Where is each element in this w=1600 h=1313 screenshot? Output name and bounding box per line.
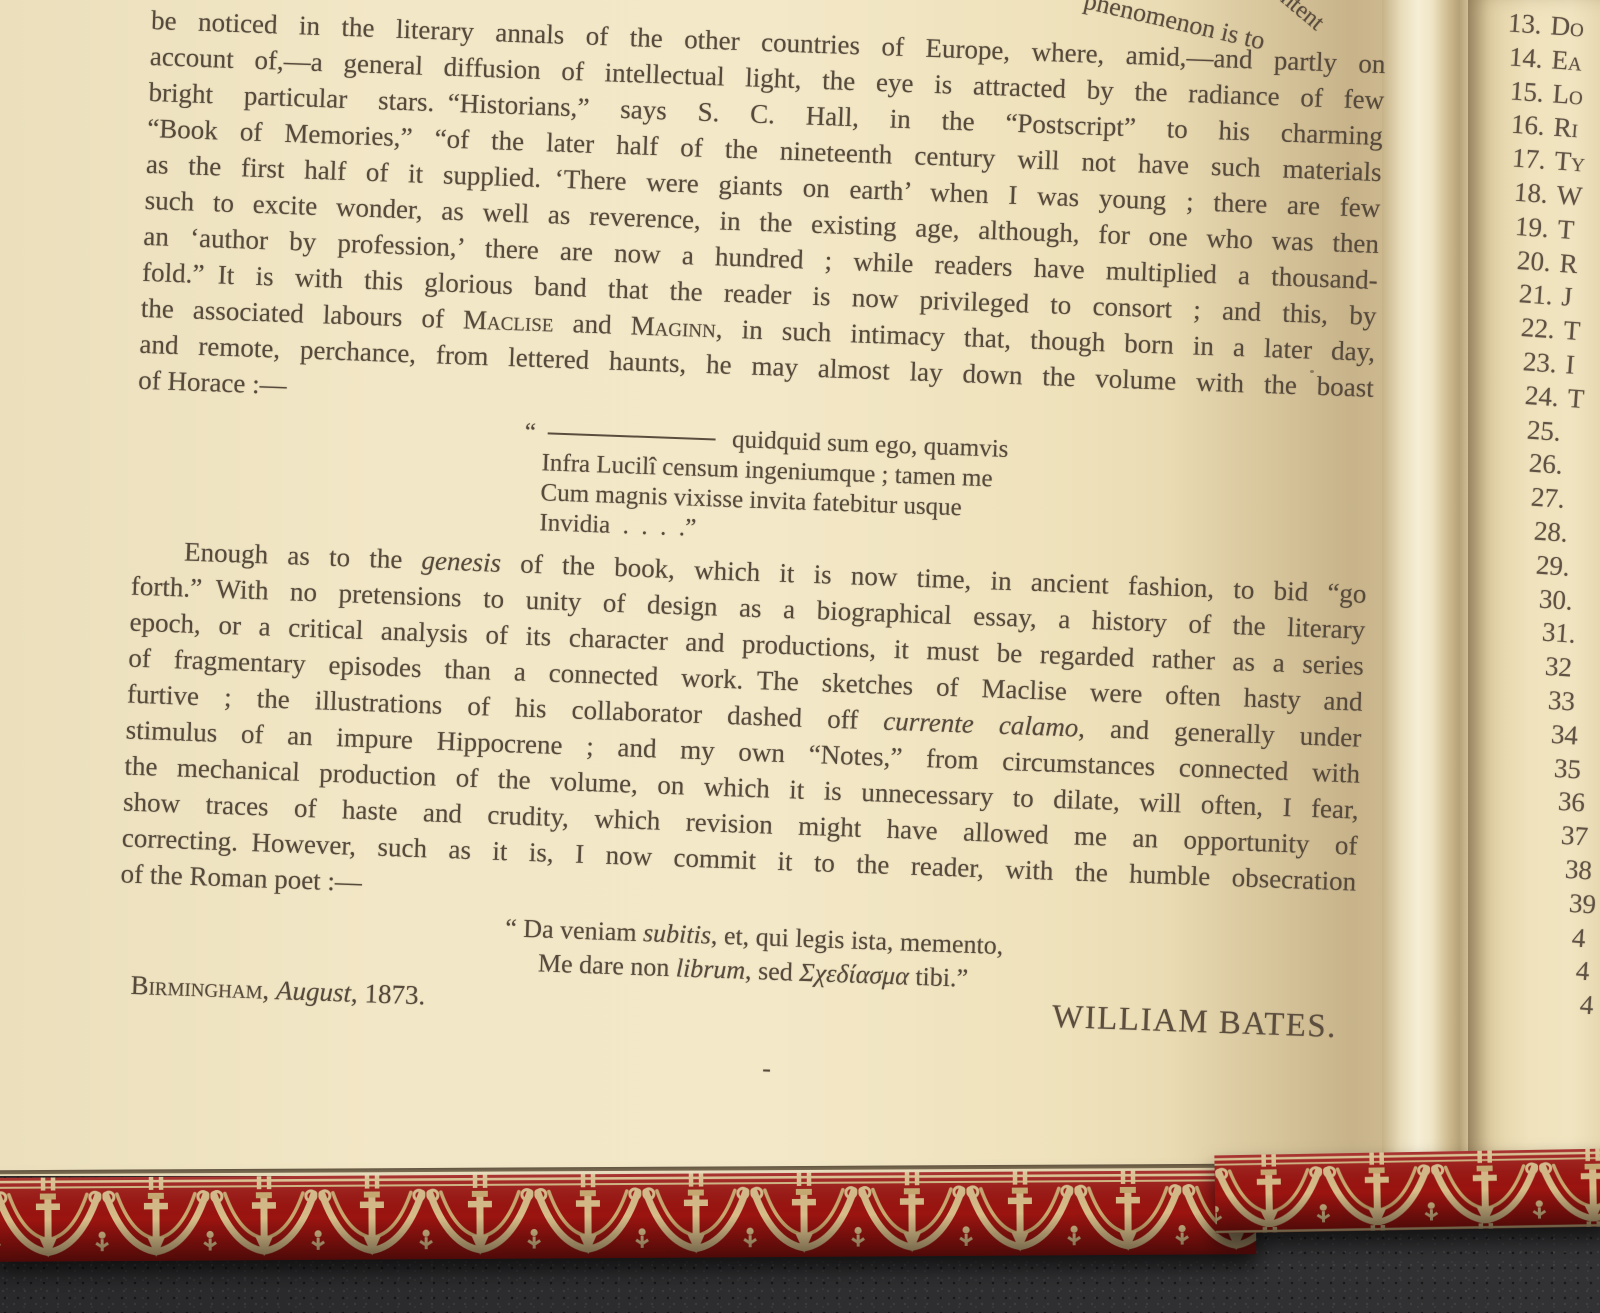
toc-title-fragment <box>1589 755 1591 785</box>
toc-number: 32 <box>1544 651 1573 683</box>
toc-number: 22. <box>1520 312 1556 344</box>
toc-entry: 13.Do <box>1507 7 1585 43</box>
toc-number: 30. <box>1538 583 1574 615</box>
toc-title-fragment <box>1573 485 1575 515</box>
toc-entry: 24.T <box>1524 380 1585 415</box>
toc-title-fragment: Ea <box>1551 44 1583 76</box>
toc-title-fragment: W <box>1556 180 1584 212</box>
toc-title-fragment <box>1596 822 1598 852</box>
toc-entry: 21.J <box>1518 279 1573 314</box>
toc-entry: 4 <box>1579 989 1600 1021</box>
toc-number: 24. <box>1524 380 1560 412</box>
toc-list: 13.Do14.Ea15.Lo16.Ri17.Ty18.W19.T20.R21.… <box>1508 4 1600 1104</box>
toc-entry: 17.Ty <box>1511 143 1586 179</box>
toc-title-fragment: Ri <box>1553 112 1579 144</box>
toc-title-fragment: Lo <box>1552 78 1584 110</box>
toc-entry: 14.Ea <box>1508 41 1583 77</box>
toc-title-fragment <box>1586 721 1588 751</box>
toc-number: 39 <box>1568 888 1597 920</box>
toc-entry: 4 <box>1575 956 1600 988</box>
toc-entry: 27. <box>1530 482 1575 516</box>
toc-entry: 29. <box>1535 549 1580 583</box>
toc-number: 31. <box>1541 617 1577 649</box>
toc-number: 16. <box>1510 109 1546 141</box>
toc-number: 18. <box>1513 177 1549 209</box>
toc-number: 4 <box>1575 956 1591 987</box>
toc-title-fragment: T <box>1557 214 1576 245</box>
toc-number: 14. <box>1508 41 1544 73</box>
toc-title-fragment <box>1580 653 1582 683</box>
toc-entry: 34 <box>1550 719 1588 752</box>
toc-entry: 26. <box>1528 448 1573 482</box>
toc-number: 28. <box>1533 516 1569 548</box>
toc-entry: 18.W <box>1513 177 1583 213</box>
toc-entry: 20.R <box>1516 245 1579 280</box>
toc-number: 15. <box>1509 75 1545 107</box>
toc-title-fragment <box>1593 789 1595 819</box>
page-fore-edge <box>1382 0 1468 1176</box>
toc-entry: 19.T <box>1514 211 1575 246</box>
toc-number: 17. <box>1512 143 1548 175</box>
preface-paragraph-2: Enough as to the genesis of the book, wh… <box>120 532 1367 936</box>
toc-entry: 28. <box>1533 516 1578 550</box>
toc-number: 4 <box>1571 922 1587 953</box>
page-ornament-dash: - <box>114 1030 1349 1104</box>
toc-number: 35 <box>1553 752 1582 784</box>
toc-title-fragment: T <box>1562 315 1581 346</box>
toc-title-fragment: T <box>1566 383 1585 414</box>
toc-title-fragment <box>1568 417 1570 447</box>
binding-cover-edge <box>1214 1149 1600 1234</box>
toc-number: 36 <box>1557 786 1586 818</box>
place-date: Birmingham, August, 1873. <box>116 969 426 1011</box>
toc-entry: 15.Lo <box>1509 75 1584 111</box>
toc-number: 23. <box>1522 346 1558 378</box>
latin-verse-horace: “ quidquid sum ego, quamvisInfra Lucilî … <box>521 418 1372 568</box>
toc-title-fragment: J <box>1560 282 1573 313</box>
toc-number: 26. <box>1528 448 1564 480</box>
toc-number: 29. <box>1536 549 1572 581</box>
toc-entry: 4 <box>1571 922 1596 954</box>
toc-entry: 36 <box>1557 786 1595 819</box>
binding-gold-tooling <box>0 1170 1256 1262</box>
toc-number: 33 <box>1547 685 1576 717</box>
toc-title-fragment <box>1576 519 1578 549</box>
toc-entry: 31. <box>1541 617 1586 651</box>
toc-number: 4 <box>1579 989 1595 1020</box>
toc-entry: 37 <box>1560 820 1598 853</box>
toc-title-fragment: Do <box>1550 10 1585 42</box>
toc-number: 13. <box>1507 7 1543 39</box>
toc-title-fragment <box>1584 620 1586 650</box>
toc-entry: 25. <box>1526 414 1571 448</box>
toc-title-fragment: R <box>1559 247 1579 278</box>
book-photo: content phenomenon is to be noticed in t… <box>0 0 1600 1313</box>
toc-number: 21. <box>1518 279 1554 311</box>
toc-number: 37 <box>1560 820 1589 852</box>
toc-number: 20. <box>1516 245 1552 277</box>
toc-entry: 32 <box>1544 651 1582 684</box>
toc-title-fragment: Ty <box>1554 146 1586 178</box>
toc-title-fragment <box>1578 552 1580 582</box>
toc-entry: 30. <box>1538 583 1583 617</box>
toc-number: 34 <box>1550 719 1579 751</box>
toc-entry: 23.I <box>1521 346 1575 381</box>
toc-entry: 38 <box>1564 854 1600 887</box>
toc-entry: 39 <box>1568 888 1600 921</box>
toc-number: 38 <box>1564 854 1593 886</box>
toc-title-fragment <box>1594 923 1596 953</box>
preface-paragraph-1: be noticed in the literary annals of the… <box>138 2 1386 442</box>
toc-entry: 16.Ri <box>1510 109 1579 145</box>
toc-entry: 35 <box>1553 752 1591 785</box>
toc-title-fragment <box>1583 687 1585 717</box>
toc-number: 27. <box>1530 482 1566 514</box>
toc-number: 25. <box>1526 414 1562 446</box>
facing-page-edge: 13.Do14.Ea15.Lo16.Ri17.Ty18.W19.T20.R21.… <box>1468 0 1600 1160</box>
toc-number: 19. <box>1514 211 1550 243</box>
toc-entry: 22.T <box>1520 312 1581 347</box>
toc-title-fragment <box>1581 586 1583 616</box>
book-page: content phenomenon is to be noticed in t… <box>0 0 1468 1176</box>
toc-entry: 33 <box>1547 685 1585 718</box>
page-text-block: be noticed in the literary annals of the… <box>114 0 1386 1104</box>
toc-title-fragment: I <box>1564 349 1575 380</box>
toc-title-fragment <box>1571 451 1573 481</box>
